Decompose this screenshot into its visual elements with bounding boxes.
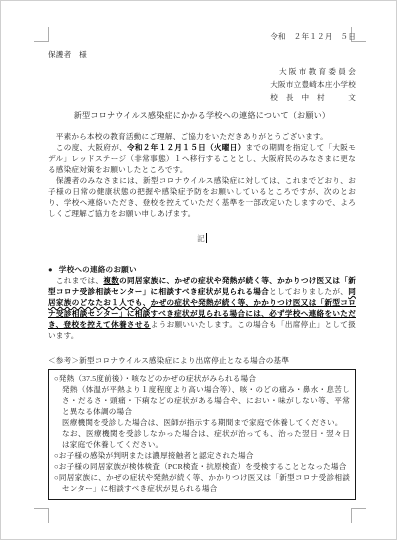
reference-item-1-body-2: 医療機関を受診した場合は、医師が指示する期間まで家庭で休養してください。 — [54, 417, 350, 428]
margin-corner-mark-bottom-left — [34, 508, 49, 523]
notice-seg-4: としておりましたが、 — [269, 287, 348, 296]
margin-corner-mark-bottom-right — [351, 508, 366, 523]
ki-separator: 記 — [48, 233, 356, 244]
notice-seg-2-bold-underline: 複数 — [103, 276, 119, 285]
reference-box: ○発熱（37.5度前後）・咳などのかぜの症状がみられる場合 発熱（体温が平熱より… — [48, 369, 356, 500]
document-page: 令和 ２年１２月 ５日 保護者 様 大 阪 市 教 育 委 員 会 大阪市立豊崎… — [0, 0, 397, 540]
sender-organization: 大 阪 市 教 育 委 員 会 — [48, 65, 356, 78]
bullet-icon: ● — [48, 265, 53, 274]
intro-paragraph-1: 平素から本校の教育活動にご理解、ご協力をいただきありがとうございます。 — [48, 131, 356, 142]
margin-corner-mark-top-left — [34, 27, 49, 42]
text-cursor — [206, 233, 207, 243]
document-date: 令和 ２年１２月 ５日 — [48, 31, 356, 42]
intro-paragraph-3: 保護者のみなさまには、新型コロナウイルス感染症に対しては、これまでどおり、お子様… — [48, 175, 356, 219]
intro-paragraph-2-text: この度、大阪府が、 — [48, 143, 127, 152]
sender-school: 大阪市立豊崎本庄小学校 — [48, 78, 356, 91]
reference-item-2-head: ○お子様の感染が判明または濃厚接触者と認定された場合 — [54, 450, 350, 461]
document-title: 新型コロナウイルス感染症にかかる学校への連絡について（お願い） — [48, 110, 356, 121]
intro-paragraph-2-date-bold: 令和２年１２月１５日（火曜日） — [127, 143, 246, 152]
intro-paragraph-2: この度、大阪府が、令和２年１２月１５日（火曜日）までの期間を指定して「大阪モデル… — [48, 142, 356, 175]
reference-item-1-body-1: 発熱（体温が平熱より１度程度より高い場合等）、咳・のどの痛み・鼻水・息苦しさ・だ… — [54, 384, 350, 417]
reference-item-3-head: ○お子様の同居家族が検体検査（PCR検査・抗原検査）を受検することとなった場合 — [54, 461, 350, 472]
recipient-line: 保護者 様 — [48, 49, 356, 60]
section-heading-label: 学校への連絡のお願い — [59, 265, 137, 274]
sender-principal: 校 長 中 村 文 — [48, 91, 356, 104]
reference-label: ＜参考＞新型コロナウイルス感染症により出席停止となる場合の基準 — [48, 355, 356, 366]
notice-seg-1: これまでは、 — [48, 276, 103, 285]
notice-paragraph: これまでは、複数の同居家族に、かぜの症状や発熱が続く等、かかりつけ医又は「新型コ… — [48, 275, 356, 341]
section-heading: ●学校への連絡のお願い — [48, 264, 356, 275]
reference-item-1-body-3: なお、医療機関を受診しなかった場合は、症状が治っても、治った翌日・翌々日は家庭で… — [54, 428, 350, 450]
document-content: 令和 ２年１２月 ５日 保護者 様 大 阪 市 教 育 委 員 会 大阪市立豊崎… — [48, 31, 356, 500]
reference-item-1-head: ○発熱（37.5度前後）・咳などのかぜの症状がみられる場合 — [54, 373, 350, 384]
ki-character: 記 — [197, 234, 205, 243]
reference-item-4-head: ○同居家族に、かぜの症状や発熱が続く等、かかりつけ医又は「新型コロナ受診相談セン… — [54, 472, 350, 494]
sender-block: 大 阪 市 教 育 委 員 会 大阪市立豊崎本庄小学校 校 長 中 村 文 — [48, 65, 356, 104]
